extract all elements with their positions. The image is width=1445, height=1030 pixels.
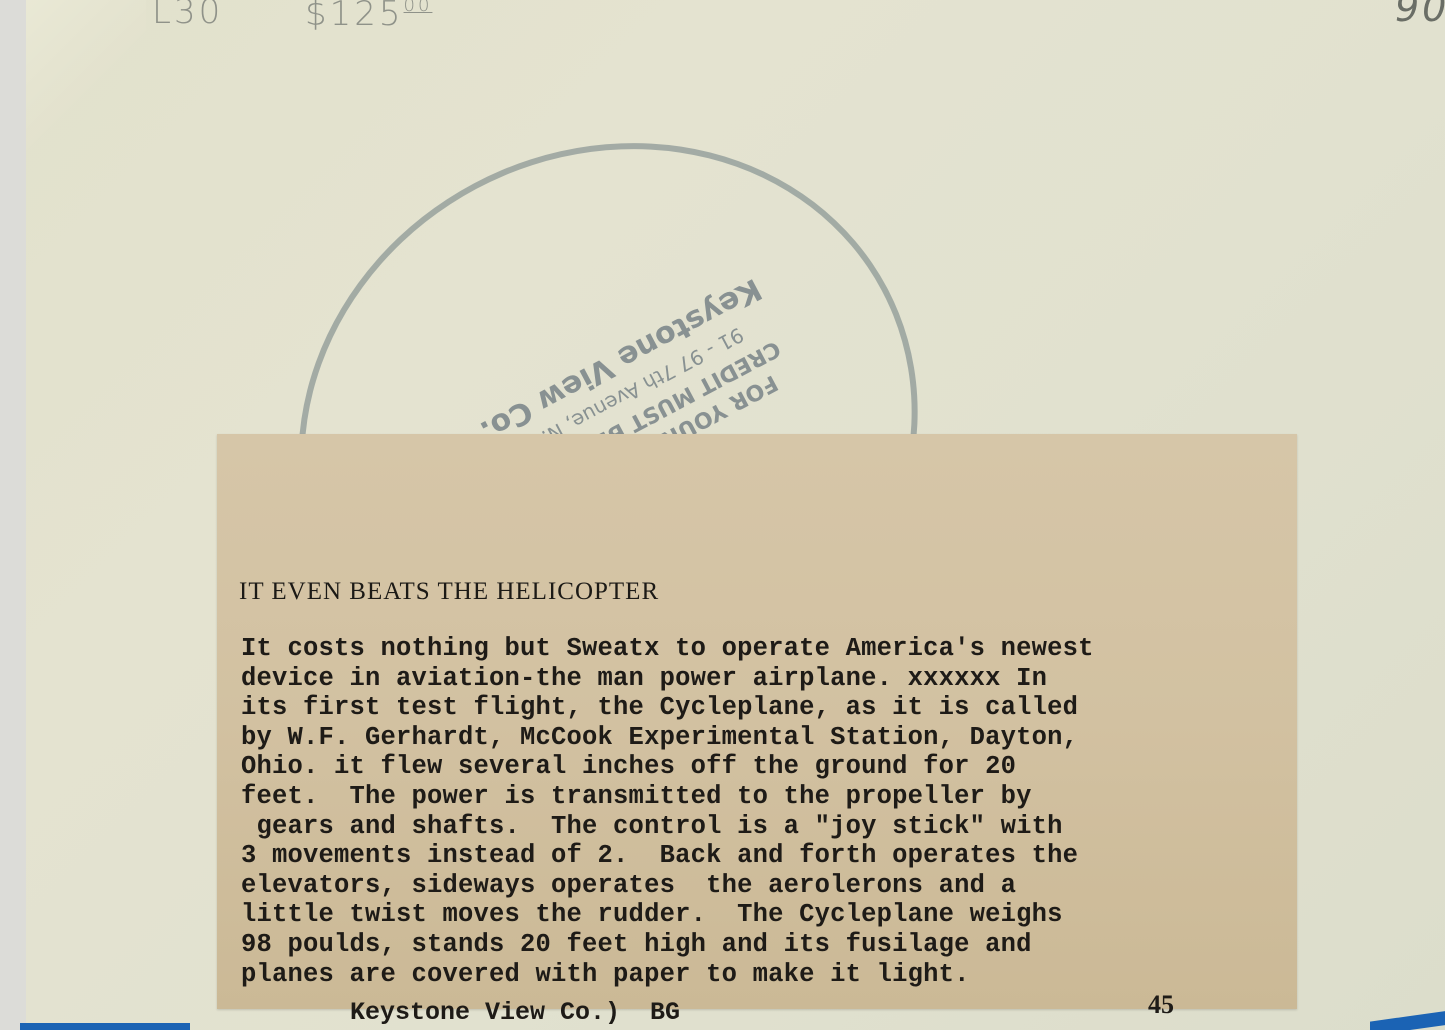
caption-line: elevators, sideways operates the aeroler… — [241, 871, 1281, 901]
caption-line: planes are covered with paper to make it… — [241, 960, 1281, 990]
caption-number: 45 — [1148, 990, 1174, 1020]
caption-title: IT EVEN BEATS THE HELICOPTER — [239, 578, 659, 606]
paper-crease — [26, 0, 146, 150]
caption-line: by W.F. Gerhardt, McCook Experimental St… — [241, 723, 1281, 753]
caption-line: device in aviation-the man power airplan… — [241, 664, 1281, 694]
caption-line: feet. The power is transmitted to the pr… — [241, 782, 1281, 812]
caption-line: its first test flight, the Cycleplane, a… — [241, 693, 1281, 723]
caption-slip: IT EVEN BEATS THE HELICOPTER It costs no… — [217, 434, 1297, 1009]
caption-credit: Keystone View Co.) BG — [350, 998, 680, 1027]
caption-line: 98 poulds, stands 20 feet high and its f… — [241, 930, 1281, 960]
pencil-price-note: $12500 — [305, 0, 432, 34]
pencil-code-note: L30 — [152, 0, 223, 32]
price-value: $125 — [305, 0, 404, 34]
caption-line: 3 movements instead of 2. Back and forth… — [241, 841, 1281, 871]
caption-line: Ohio. it flew several inches off the gro… — [241, 752, 1281, 782]
price-cents: 00 — [404, 0, 433, 16]
caption-line: little twist moves the rudder. The Cycle… — [241, 900, 1281, 930]
blue-edge-left — [20, 1023, 190, 1030]
caption-line: gears and shafts. The control is a "joy … — [241, 812, 1281, 842]
caption-body: It costs nothing but Sweatx to operate A… — [241, 634, 1281, 989]
pencil-corner-note: 90 — [1395, 0, 1445, 30]
caption-line: It costs nothing but Sweatx to operate A… — [241, 634, 1281, 664]
